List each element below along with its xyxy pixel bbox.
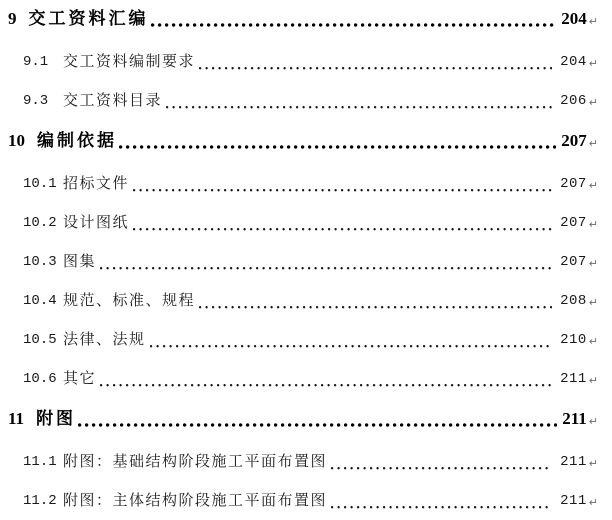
toc-entry[interactable]: 9.3交工资料目录206↵ bbox=[8, 91, 598, 111]
toc-entry[interactable]: 9.1交工资料编制要求204↵ bbox=[8, 52, 598, 72]
table-of-contents: 9交工资料汇编204↵9.1交工资料编制要求204↵9.3交工资料目录206↵1… bbox=[0, 0, 612, 511]
dot-leader bbox=[199, 305, 552, 310]
toc-entry-number: 9 bbox=[8, 8, 17, 30]
toc-entry-number: 10.4 bbox=[23, 291, 63, 311]
toc-entry-number: 10 bbox=[8, 130, 25, 152]
toc-entry-number: 11.1 bbox=[23, 452, 63, 472]
toc-entry-title: 交工资料编制要求 bbox=[63, 52, 195, 72]
toc-entry-page: 206 bbox=[560, 91, 587, 111]
toc-entry[interactable]: 10.6其它211↵ bbox=[8, 369, 598, 389]
paragraph-mark-icon: ↵ bbox=[589, 138, 598, 152]
toc-entry-title: 附图：主体结构阶段施工平面布置图 bbox=[63, 491, 327, 511]
toc-entry-page: 204 bbox=[560, 52, 587, 72]
paragraph-mark-icon: ↵ bbox=[589, 97, 598, 111]
toc-entry-number: 9.3 bbox=[23, 91, 63, 111]
toc-entry-page: 207 bbox=[560, 252, 587, 272]
toc-entry-number: 10.2 bbox=[23, 213, 63, 233]
toc-entry-page: 207 bbox=[560, 213, 587, 233]
dot-leader bbox=[119, 144, 556, 150]
toc-entry-page: 211 bbox=[560, 369, 587, 389]
paragraph-mark-icon: ↵ bbox=[589, 375, 598, 389]
dot-leader bbox=[100, 266, 552, 271]
toc-entry[interactable]: 10.4规范、标准、规程208↵ bbox=[8, 291, 598, 311]
toc-entry[interactable]: 11.1附图：基础结构阶段施工平面布置图211↵ bbox=[8, 452, 598, 472]
toc-entry-page: 207 bbox=[561, 130, 587, 152]
toc-entry-title: 设计图纸 bbox=[63, 213, 129, 233]
toc-entry-number: 11 bbox=[8, 408, 24, 430]
toc-entry[interactable]: 10.5法律、法规210↵ bbox=[8, 330, 598, 350]
toc-entry-number: 10.1 bbox=[23, 174, 63, 194]
toc-entry-number: 10.5 bbox=[23, 330, 63, 350]
paragraph-mark-icon: ↵ bbox=[589, 16, 598, 30]
toc-entry-number: 11.2 bbox=[23, 491, 63, 511]
paragraph-mark-icon: ↵ bbox=[589, 458, 598, 472]
dot-leader bbox=[133, 227, 552, 232]
toc-entry-title: 编制依据 bbox=[37, 130, 117, 152]
toc-entry-title: 附图 bbox=[36, 408, 76, 430]
toc-entry[interactable]: 11附图211↵ bbox=[8, 408, 598, 430]
toc-entry-title: 法律、法规 bbox=[63, 330, 146, 350]
toc-entry-page: 207 bbox=[560, 174, 587, 194]
toc-entry-number: 9.1 bbox=[23, 52, 63, 72]
toc-entry-title: 交工资料目录 bbox=[63, 91, 162, 111]
toc-entry[interactable]: 10.3图集207↵ bbox=[8, 252, 598, 272]
dot-leader bbox=[78, 422, 557, 428]
toc-entry-page: 204 bbox=[561, 8, 587, 30]
dot-leader bbox=[100, 383, 552, 388]
paragraph-mark-icon: ↵ bbox=[589, 297, 598, 311]
dot-leader bbox=[331, 505, 552, 510]
paragraph-mark-icon: ↵ bbox=[589, 497, 598, 511]
toc-entry[interactable]: 9交工资料汇编204↵ bbox=[8, 8, 598, 30]
toc-entry-page: 211 bbox=[560, 452, 587, 472]
toc-entry-title: 规范、标准、规程 bbox=[63, 291, 195, 311]
toc-entry-title: 附图：基础结构阶段施工平面布置图 bbox=[63, 452, 327, 472]
toc-entry-page: 210 bbox=[560, 330, 587, 350]
toc-entry-page: 208 bbox=[560, 291, 587, 311]
toc-entry-title: 其它 bbox=[63, 369, 96, 389]
dot-leader bbox=[331, 466, 552, 471]
dot-leader bbox=[150, 344, 553, 349]
dot-leader bbox=[166, 105, 552, 110]
toc-entry-title: 交工资料汇编 bbox=[29, 8, 149, 30]
toc-entry-number: 10.3 bbox=[23, 252, 63, 272]
toc-entry[interactable]: 11.2附图：主体结构阶段施工平面布置图211↵ bbox=[8, 491, 598, 511]
paragraph-mark-icon: ↵ bbox=[589, 416, 598, 430]
toc-entry-title: 招标文件 bbox=[63, 174, 129, 194]
paragraph-mark-icon: ↵ bbox=[589, 58, 598, 72]
toc-entry-title: 图集 bbox=[63, 252, 96, 272]
paragraph-mark-icon: ↵ bbox=[589, 180, 598, 194]
paragraph-mark-icon: ↵ bbox=[589, 336, 598, 350]
toc-entry[interactable]: 10编制依据207↵ bbox=[8, 130, 598, 152]
toc-entry-number: 10.6 bbox=[23, 369, 63, 389]
toc-entry[interactable]: 10.2设计图纸207↵ bbox=[8, 213, 598, 233]
dot-leader bbox=[151, 22, 557, 28]
dot-leader bbox=[133, 188, 552, 193]
paragraph-mark-icon: ↵ bbox=[589, 258, 598, 272]
toc-entry-page: 211 bbox=[560, 491, 587, 511]
toc-entry-page: 211 bbox=[562, 408, 587, 430]
toc-entry[interactable]: 10.1招标文件207↵ bbox=[8, 174, 598, 194]
paragraph-mark-icon: ↵ bbox=[589, 219, 598, 233]
dot-leader bbox=[199, 66, 552, 71]
